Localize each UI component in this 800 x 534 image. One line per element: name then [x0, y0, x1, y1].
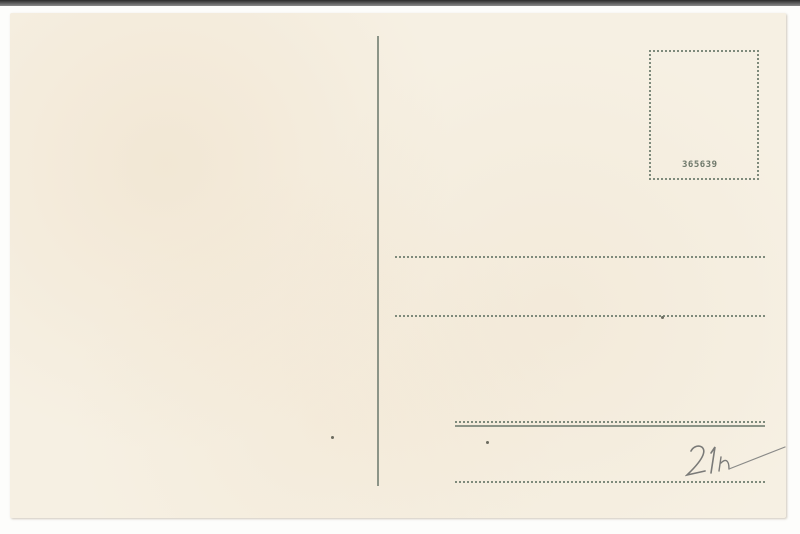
- address-line-4: [455, 481, 765, 483]
- handwritten-note: [685, 441, 790, 481]
- center-divider-line: [377, 36, 379, 486]
- address-underline: [455, 425, 765, 427]
- serial-number: 365639: [682, 160, 718, 170]
- paper-speck: [661, 316, 664, 319]
- postcard: 365639: [10, 13, 786, 518]
- paper-speck: [331, 436, 334, 439]
- address-line-1: [395, 256, 765, 258]
- address-line-2: [395, 315, 765, 317]
- stamp-box: 365639: [649, 50, 759, 180]
- paper-speck: [486, 441, 489, 444]
- address-line-3: [455, 421, 765, 423]
- scan-edge: [0, 0, 800, 6]
